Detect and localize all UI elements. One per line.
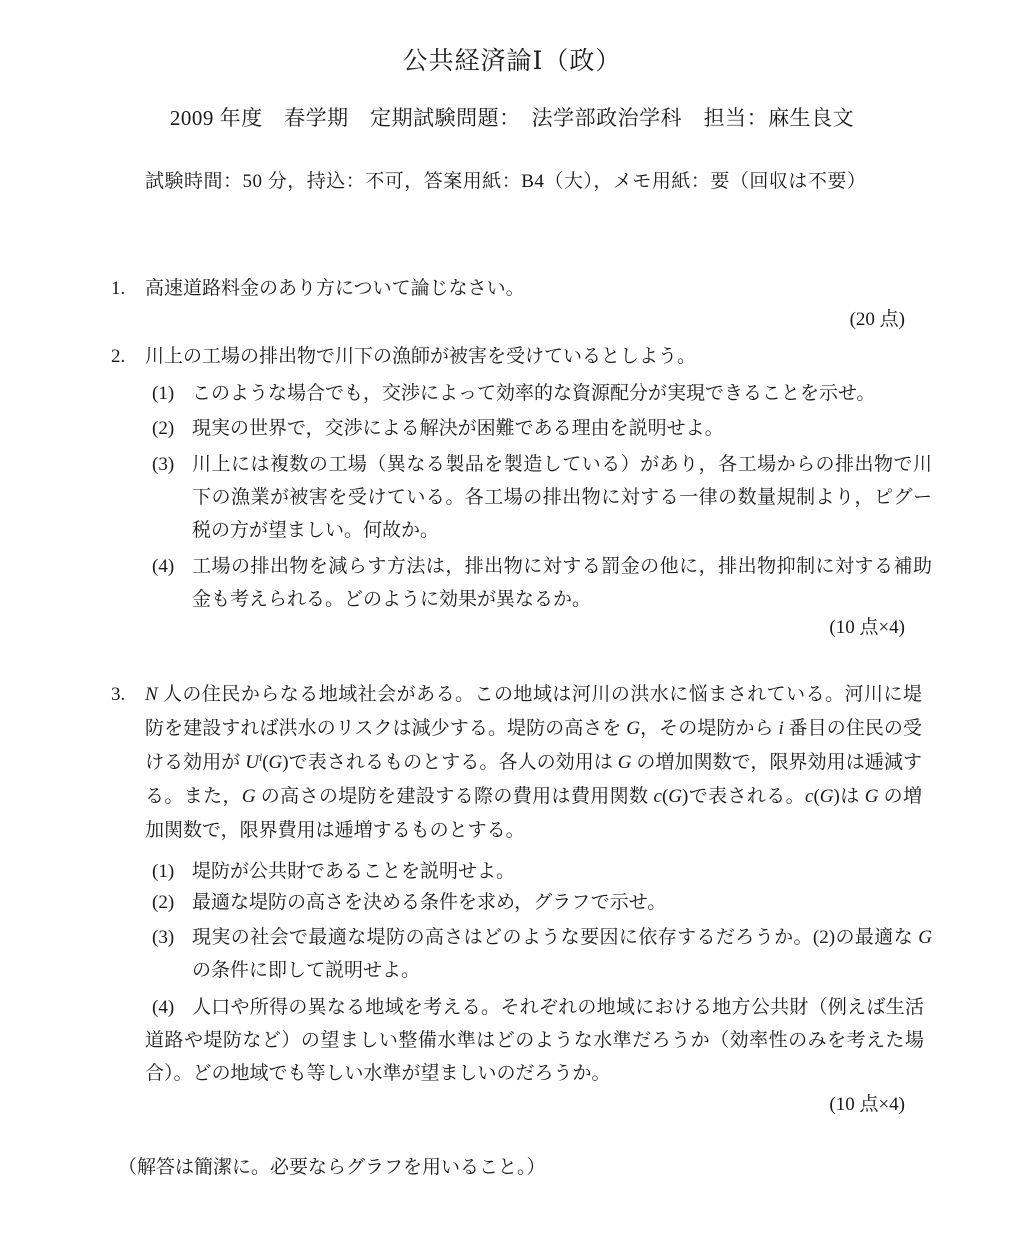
subquestion-2-4-text: 工場の排出物を減らす方法は，排出物に対する罰金の他に，排出物抑制に対する補助金も… [192, 550, 932, 616]
subquestion-3-2-text: 最適な堤防の高さを決める条件を求め，グラフで示せ。 [192, 886, 932, 919]
question-2-points: (10 点×4) [829, 611, 905, 644]
subquestion-3-4-text: 人口や所得の異なる地域を考える。それぞれの地域における地方公共財（例えば生活道路… [145, 991, 924, 1090]
subquestion-3-2-label: (2) [152, 886, 190, 919]
subquestion-2-2-label: (2) [152, 412, 190, 445]
question-1-points: (20 点) [850, 303, 905, 336]
subquestion-3-1-label: (1) [152, 855, 190, 888]
subquestion-2-3-text: 川上には複数の工場（異なる製品を製造している）があり，各工場からの排出物で川下の… [192, 448, 932, 547]
question-3-points: (10 点×4) [829, 1088, 905, 1121]
subquestion-2-3-label: (3) [152, 448, 190, 481]
subquestion-2-1-text: このような場合でも，交渉によって効率的な資源配分が実現できることを示せ。 [192, 377, 932, 410]
exam-document: 公共経済論Ⅰ（政） 2009 年度 春学期 定期試験問題： 法学部政治学科 担当… [0, 0, 1024, 1249]
subquestion-3-1-text: 堤防が公共財であることを説明せよ。 [192, 855, 932, 888]
subquestion-2-1-label: (1) [152, 377, 190, 410]
subquestion-2-2-text: 現実の世界で，交渉による解決が困難である理由を説明せよ。 [192, 412, 932, 445]
subquestion-2-4-label: (4) [152, 550, 190, 583]
exam-session-line: 2009 年度 春学期 定期試験問題： 法学部政治学科 担当：麻生良文 [0, 102, 1024, 135]
subquestion-3-3-label: (3) [152, 921, 190, 954]
exam-instructions-line: 試験時間：50 分，持込：不可，答案用紙：B4（大），メモ用紙：要（回収は不要） [145, 165, 866, 198]
question-2-number: 2. [111, 340, 141, 373]
question-2-text: 川上の工場の排出物で川下の漁師が被害を受けているとしよう。 [145, 340, 922, 373]
exam-title: 公共経済論Ⅰ（政） [0, 44, 1024, 80]
question-3-number: 3. [111, 678, 141, 711]
subquestion-3-3-text: 現実の社会で最適な堤防の高さはどのような要因に依存するだろうか。(2)の最適な … [192, 921, 932, 987]
question-1-text: 高速道路料金のあり方について論じなさい。 [145, 272, 922, 305]
question-1-number: 1. [111, 272, 141, 305]
answer-note: （解答は簡潔に。必要ならグラフを用いること。） [118, 1151, 546, 1184]
question-3-text: N 人の住民からなる地域社会がある。この地域は河川の洪水に悩まされている。河川に… [145, 678, 922, 848]
